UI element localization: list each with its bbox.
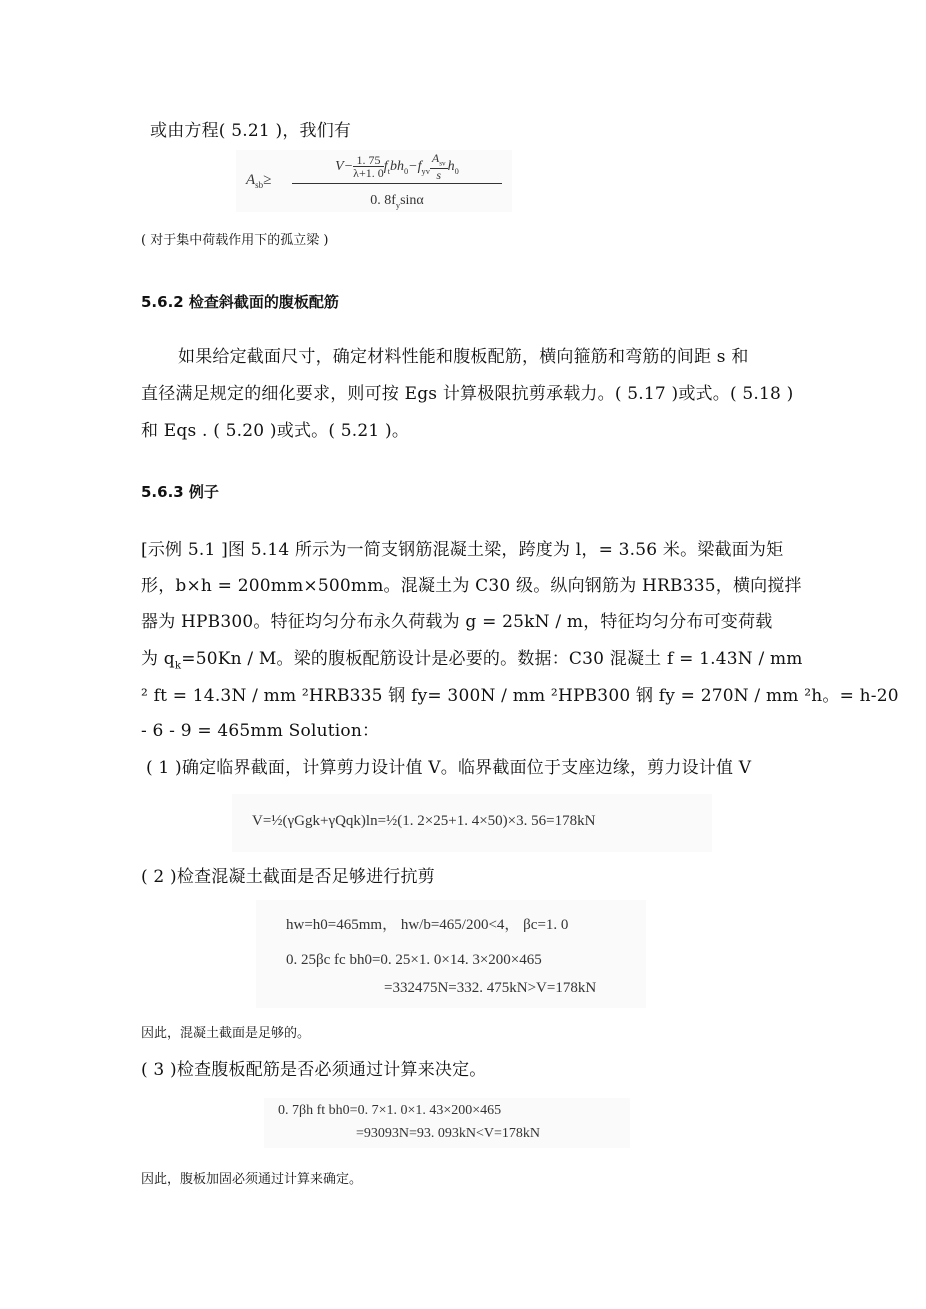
formula-asb: Asb≥ V−1. 75λ+1. 0ftbh0−fyvAsvsh0 0. 8fy… — [236, 150, 512, 212]
step-1-text: ( 1 )确定临界截面，计算剪力设计值 V。临界截面位于支座边缘，剪力设计值 V — [146, 758, 751, 778]
step-2-text: ( 2 )检查混凝土截面是否足够进行抗剪 — [141, 867, 435, 887]
paragraph-line: [示例 5.1 ]图 5.14 所示为一简支钢筋混凝土梁，跨度为 l，= 3.5… — [141, 540, 783, 560]
formula-step2-line3: =332475N=332. 475kN>V=178kN — [384, 980, 596, 997]
paragraph-line: 器为 HPB300。特征均匀分布永久荷载为 g = 25kN / m，特征均匀分… — [141, 612, 772, 632]
paragraph-line: 和 Eqs . ( 5.20 )或式。( 5.21 )。 — [141, 421, 409, 441]
formula-step1: V=½(γGgk+γQqk)ln=½(1. 2×25+1. 4×50)×3. 5… — [232, 794, 712, 852]
paragraph-line: 为 qk=50Kn / M。梁的腹板配筋设计是必要的。数据：C30 混凝土 f … — [141, 649, 803, 676]
section-heading-562: 5.6.2 检查斜截面的腹板配筋 — [141, 291, 339, 312]
formula-step3-line2: =93093N=93. 093kN<V=178kN — [356, 1126, 540, 1142]
paragraph-line: 形，b×h = 200mm×500mm。混凝土为 C30 级。纵向钢筋为 HRB… — [141, 576, 802, 596]
formula-asb-lhs: Asb≥ — [246, 172, 271, 190]
formula-asb-numerator: V−1. 75λ+1. 0ftbh0−fyvAsvsh0 — [292, 152, 502, 184]
intro-note: ( 对于集中荷载作用下的孤立梁 ) — [141, 233, 328, 249]
formula-step2: hw=h0=465mm， hw/b=465/200<4， βc=1. 0 0. … — [256, 900, 646, 1008]
formula-asb-denominator: 0. 8fysinα — [292, 193, 502, 210]
step-3-conclusion: 因此，腹板加固必须通过计算来确定。 — [141, 1172, 362, 1188]
paragraph-line: 如果给定截面尺寸，确定材料性能和腹板配筋，横向箍筋和弯筋的间距 s 和 — [178, 347, 749, 367]
section-heading-563: 5.6.3 例子 — [141, 481, 219, 502]
intro-text: 或由方程( 5.21 )，我们有 — [150, 121, 351, 141]
paragraph-line: 直径满足规定的细化要求，则可按 Egs 计算极限抗剪承载力。( 5.17 )或式… — [141, 384, 793, 404]
step-3-text: ( 3 )检查腹板配筋是否必须通过计算来决定。 — [141, 1060, 487, 1080]
formula-step3: 0. 7βh ft bh0=0. 7×1. 0×1. 43×200×465 =9… — [264, 1098, 630, 1148]
step-2-conclusion: 因此，混凝土截面是足够的。 — [141, 1026, 310, 1042]
formula-step3-line1: 0. 7βh ft bh0=0. 7×1. 0×1. 43×200×465 — [278, 1103, 501, 1119]
paragraph-line: - 6 - 9 = 465mm Solution： — [141, 721, 379, 741]
paragraph-line: ² ft = 14.3N / mm ²HRB335 钢 fy= 300N / m… — [141, 686, 899, 706]
formula-step2-line2: 0. 25βc fc bh0=0. 25×1. 0×14. 3×200×465 — [286, 952, 542, 969]
formula-step1-text: V=½(γGgk+γQqk)ln=½(1. 2×25+1. 4×50)×3. 5… — [252, 813, 595, 830]
formula-step2-line1: hw=h0=465mm， hw/b=465/200<4， βc=1. 0 — [286, 913, 568, 934]
